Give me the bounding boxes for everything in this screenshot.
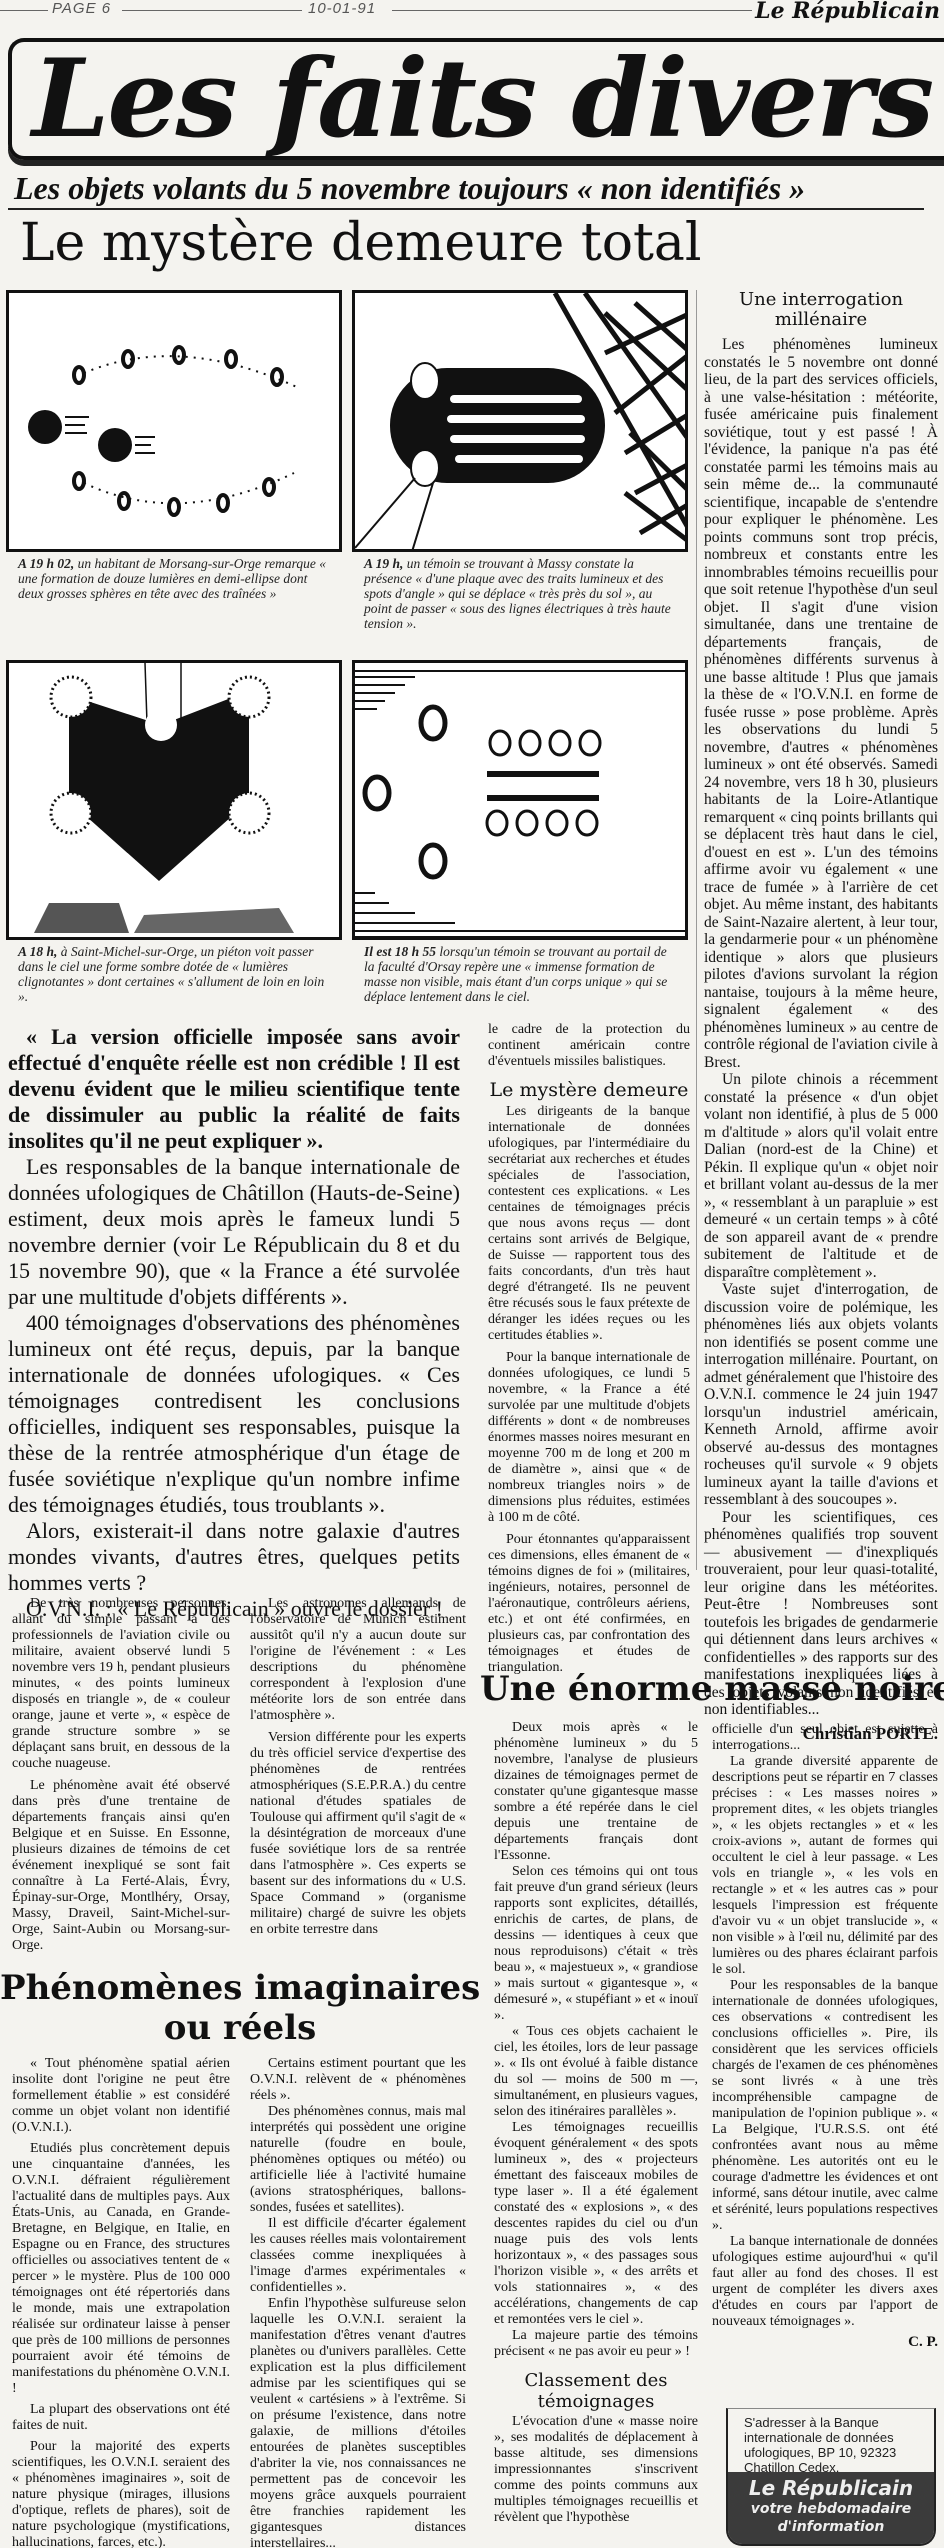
subhead-mystere: Le mystère demeure (488, 1078, 690, 1102)
column-rule (696, 290, 697, 1570)
section-masthead: Les faits divers (8, 38, 944, 160)
sidebar-title: Une interrogation millénaire (704, 290, 938, 330)
figure-3 (6, 660, 342, 940)
figure-1-caption: A 19 h 02, un habitant de Morsang-sur-Or… (18, 556, 332, 601)
page-header: PAGE 6 10-01-91 Le Républicain (0, 0, 944, 22)
masse-noire-col-2: officielle d'un seul objet est sujette à… (712, 1722, 938, 2350)
header-rule (392, 10, 752, 11)
address-box: S'adresser à la Banque internationale de… (726, 2408, 936, 2546)
figure-4 (352, 660, 688, 940)
imaginaires-col-1: « Tout phénomène spatial aérien insolite… (12, 2056, 230, 2548)
figure-4-caption: Il est 18 h 55 lorsqu'un témoin se trouv… (364, 944, 678, 1004)
issue-date: 10-01-91 (308, 0, 376, 17)
masse-noire-col-1: Deux mois après « le phénomène lumineux … (494, 1720, 698, 2526)
middle-column: le cadre de la protection du continent a… (488, 1022, 690, 1676)
sidebar-interrogation: Une interrogation millénaire Les phénomè… (704, 290, 938, 1742)
subhead-imaginaires: Phénomènes imaginaires ou réels (0, 1968, 480, 2048)
lower-left-col-2: Les astronomes allemands de l'observatoi… (250, 1596, 466, 1938)
headline: Le mystère demeure total (20, 212, 900, 274)
byline-initials: C. P. (712, 2334, 938, 2350)
figure-3-caption: A 18 h, à Saint-Michel-sur-Orge, un piét… (18, 944, 332, 1004)
lower-left-col-1: De très nombreuses personnes, allant du … (12, 1596, 230, 1954)
subhead-classement: Classement des témoignages (494, 2370, 698, 2412)
newspaper-brand: Le Républicain (755, 0, 940, 24)
kicker: Les objets volants du 5 novembre toujour… (8, 168, 924, 210)
figure-1 (6, 290, 342, 552)
dark-chevron-illustration (9, 663, 342, 940)
page-number: PAGE 6 (52, 0, 111, 17)
figure-2-caption: A 19 h, un témoin se trouvant à Massy co… (364, 556, 678, 631)
circle-formation-illustration (355, 663, 688, 940)
header-rule (0, 10, 48, 11)
ellipse-of-lights-illustration (9, 293, 342, 552)
promo-banner: Le Républicain votre hebdomadaire d'info… (728, 2472, 934, 2544)
imaginaires-col-2: Certains estiment pourtant que les O.V.N… (250, 2056, 466, 2548)
figure-2 (352, 290, 688, 552)
luminous-plate-illustration (355, 293, 688, 552)
address-text: S'adresser à la Banque internationale de… (728, 2409, 934, 2479)
subhead-masse-noire: Une énorme masse noire (480, 1668, 944, 1710)
header-rule (122, 10, 302, 11)
article-lead: « La version officielle imposée sans avo… (8, 1024, 460, 1622)
section-title: Les faits divers (32, 44, 932, 154)
